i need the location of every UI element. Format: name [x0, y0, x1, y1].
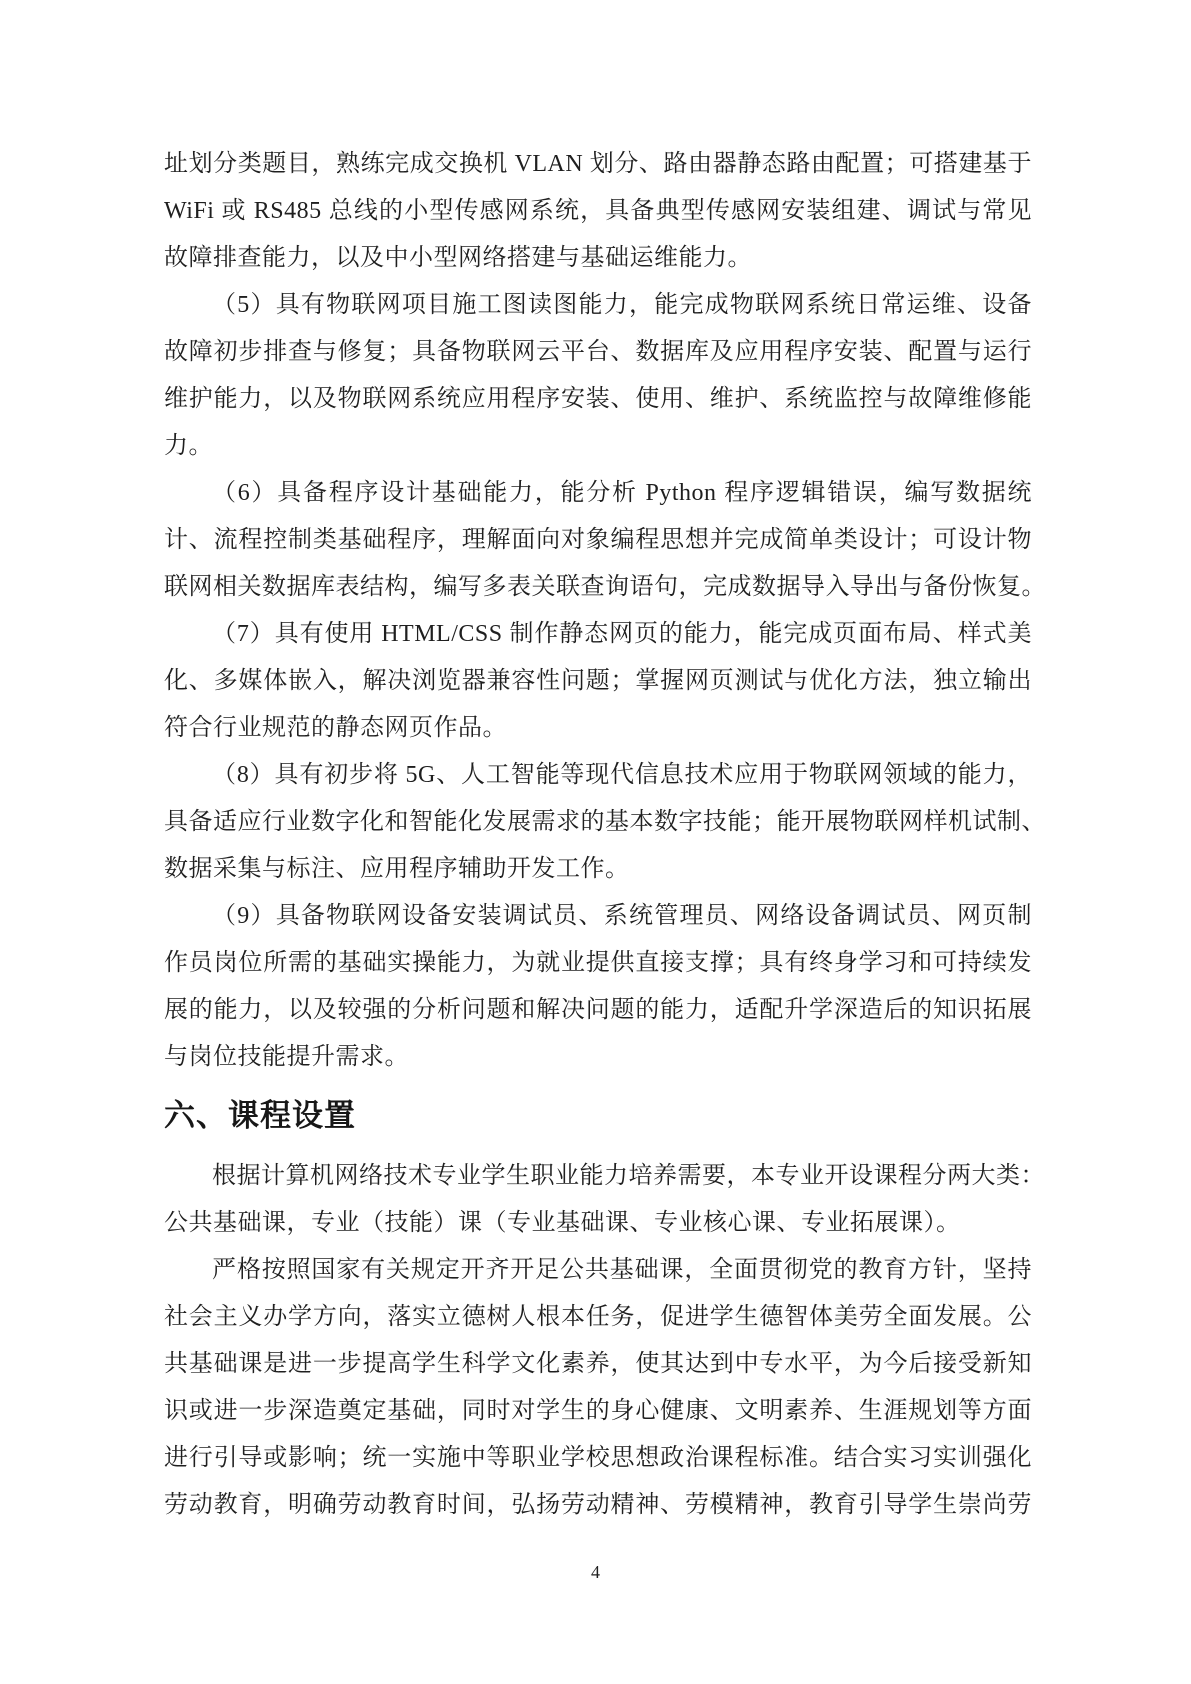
text-line: （9）具备物联网设备安装调试员、系统管理员、网络设备调试员、网页制 — [164, 893, 1032, 940]
paragraph: （7）具有使用 HTML/CSS 制作静态网页的能力，能完成页面布局、样式美化、… — [164, 611, 1032, 752]
text-line: 数据采集与标注、应用程序辅助开发工作。 — [164, 846, 1032, 893]
text-line: （6）具备程序设计基础能力，能分析 Python 程序逻辑错误，编写数据统 — [164, 470, 1032, 517]
section-heading: 六、课程设置 — [164, 1095, 1032, 1137]
text-line: 维护能力，以及物联网系统应用程序安装、使用、维护、系统监控与故障维修能 — [164, 376, 1032, 423]
text-line: 址划分类题目，熟练完成交换机 VLAN 划分、路由器静态路由配置；可搭建基于 — [164, 141, 1032, 188]
text-line: WiFi 或 RS485 总线的小型传感网系统，具备典型传感网安装组建、调试与常… — [164, 188, 1032, 235]
paragraph: 址划分类题目，熟练完成交换机 VLAN 划分、路由器静态路由配置；可搭建基于Wi… — [164, 141, 1032, 282]
text-line: 社会主义办学方向，落实立德树人根本任务，促进学生德智体美劳全面发展。公 — [164, 1294, 1032, 1341]
text-line: 进行引导或影响；统一实施中等职业学校思想政治课程标准。结合实习实训强化 — [164, 1435, 1032, 1482]
text-line: （7）具有使用 HTML/CSS 制作静态网页的能力，能完成页面布局、样式美 — [164, 611, 1032, 658]
text-line: 故障初步排查与修复；具备物联网云平台、数据库及应用程序安装、配置与运行 — [164, 329, 1032, 376]
text-line: 识或进一步深造奠定基础，同时对学生的身心健康、文明素养、生涯规划等方面 — [164, 1388, 1032, 1435]
text-line: 劳动教育，明确劳动教育时间，弘扬劳动精神、劳模精神，教育引导学生崇尚劳 — [164, 1482, 1032, 1529]
text-line: 与岗位技能提升需求。 — [164, 1034, 1032, 1081]
paragraph: 严格按照国家有关规定开齐开足公共基础课，全面贯彻党的教育方针，坚持社会主义办学方… — [164, 1247, 1032, 1529]
text-line: 展的能力，以及较强的分析问题和解决问题的能力，适配升学深造后的知识拓展 — [164, 987, 1032, 1034]
text-line: 力。 — [164, 423, 1032, 470]
text-line: 计、流程控制类基础程序，理解面向对象编程思想并完成简单类设计；可设计物 — [164, 517, 1032, 564]
text-line: 联网相关数据库表结构，编写多表关联查询语句，完成数据导入导出与备份恢复。 — [164, 564, 1032, 611]
text-line: 共基础课是进一步提高学生科学文化素养，使其达到中专水平，为今后接受新知 — [164, 1341, 1032, 1388]
text-line: 化、多媒体嵌入，解决浏览器兼容性问题；掌握网页测试与优化方法，独立输出 — [164, 658, 1032, 705]
text-line: 公共基础课，专业（技能）课（专业基础课、专业核心课、专业拓展课）。 — [164, 1200, 1032, 1247]
paragraph: （9）具备物联网设备安装调试员、系统管理员、网络设备调试员、网页制作员岗位所需的… — [164, 893, 1032, 1081]
text-line: 根据计算机网络技术专业学生职业能力培养需要，本专业开设课程分两大类： — [164, 1153, 1032, 1200]
paragraph: （6）具备程序设计基础能力，能分析 Python 程序逻辑错误，编写数据统计、流… — [164, 470, 1032, 611]
text-line: 故障排查能力，以及中小型网络搭建与基础运维能力。 — [164, 235, 1032, 282]
document-body: 址划分类题目，熟练完成交换机 VLAN 划分、路由器静态路由配置；可搭建基于Wi… — [0, 0, 1191, 1529]
paragraph: （5）具有物联网项目施工图读图能力，能完成物联网系统日常运维、设备故障初步排查与… — [164, 282, 1032, 470]
text-line: 具备适应行业数字化和智能化发展需求的基本数字技能；能开展物联网样机试制、 — [164, 799, 1032, 846]
document-page: 址划分类题目，熟练完成交换机 VLAN 划分、路由器静态路由配置；可搭建基于Wi… — [0, 0, 1191, 1684]
page-number: 4 — [0, 1560, 1191, 1584]
text-line: （8）具有初步将 5G、人工智能等现代信息技术应用于物联网领域的能力， — [164, 752, 1032, 799]
text-line: 符合行业规范的静态网页作品。 — [164, 705, 1032, 752]
paragraph: （8）具有初步将 5G、人工智能等现代信息技术应用于物联网领域的能力，具备适应行… — [164, 752, 1032, 893]
text-line: 作员岗位所需的基础实操能力，为就业提供直接支撑；具有终身学习和可持续发 — [164, 940, 1032, 987]
text-line: 严格按照国家有关规定开齐开足公共基础课，全面贯彻党的教育方针，坚持 — [164, 1247, 1032, 1294]
paragraph: 根据计算机网络技术专业学生职业能力培养需要，本专业开设课程分两大类：公共基础课，… — [164, 1153, 1032, 1247]
text-line: （5）具有物联网项目施工图读图能力，能完成物联网系统日常运维、设备 — [164, 282, 1032, 329]
